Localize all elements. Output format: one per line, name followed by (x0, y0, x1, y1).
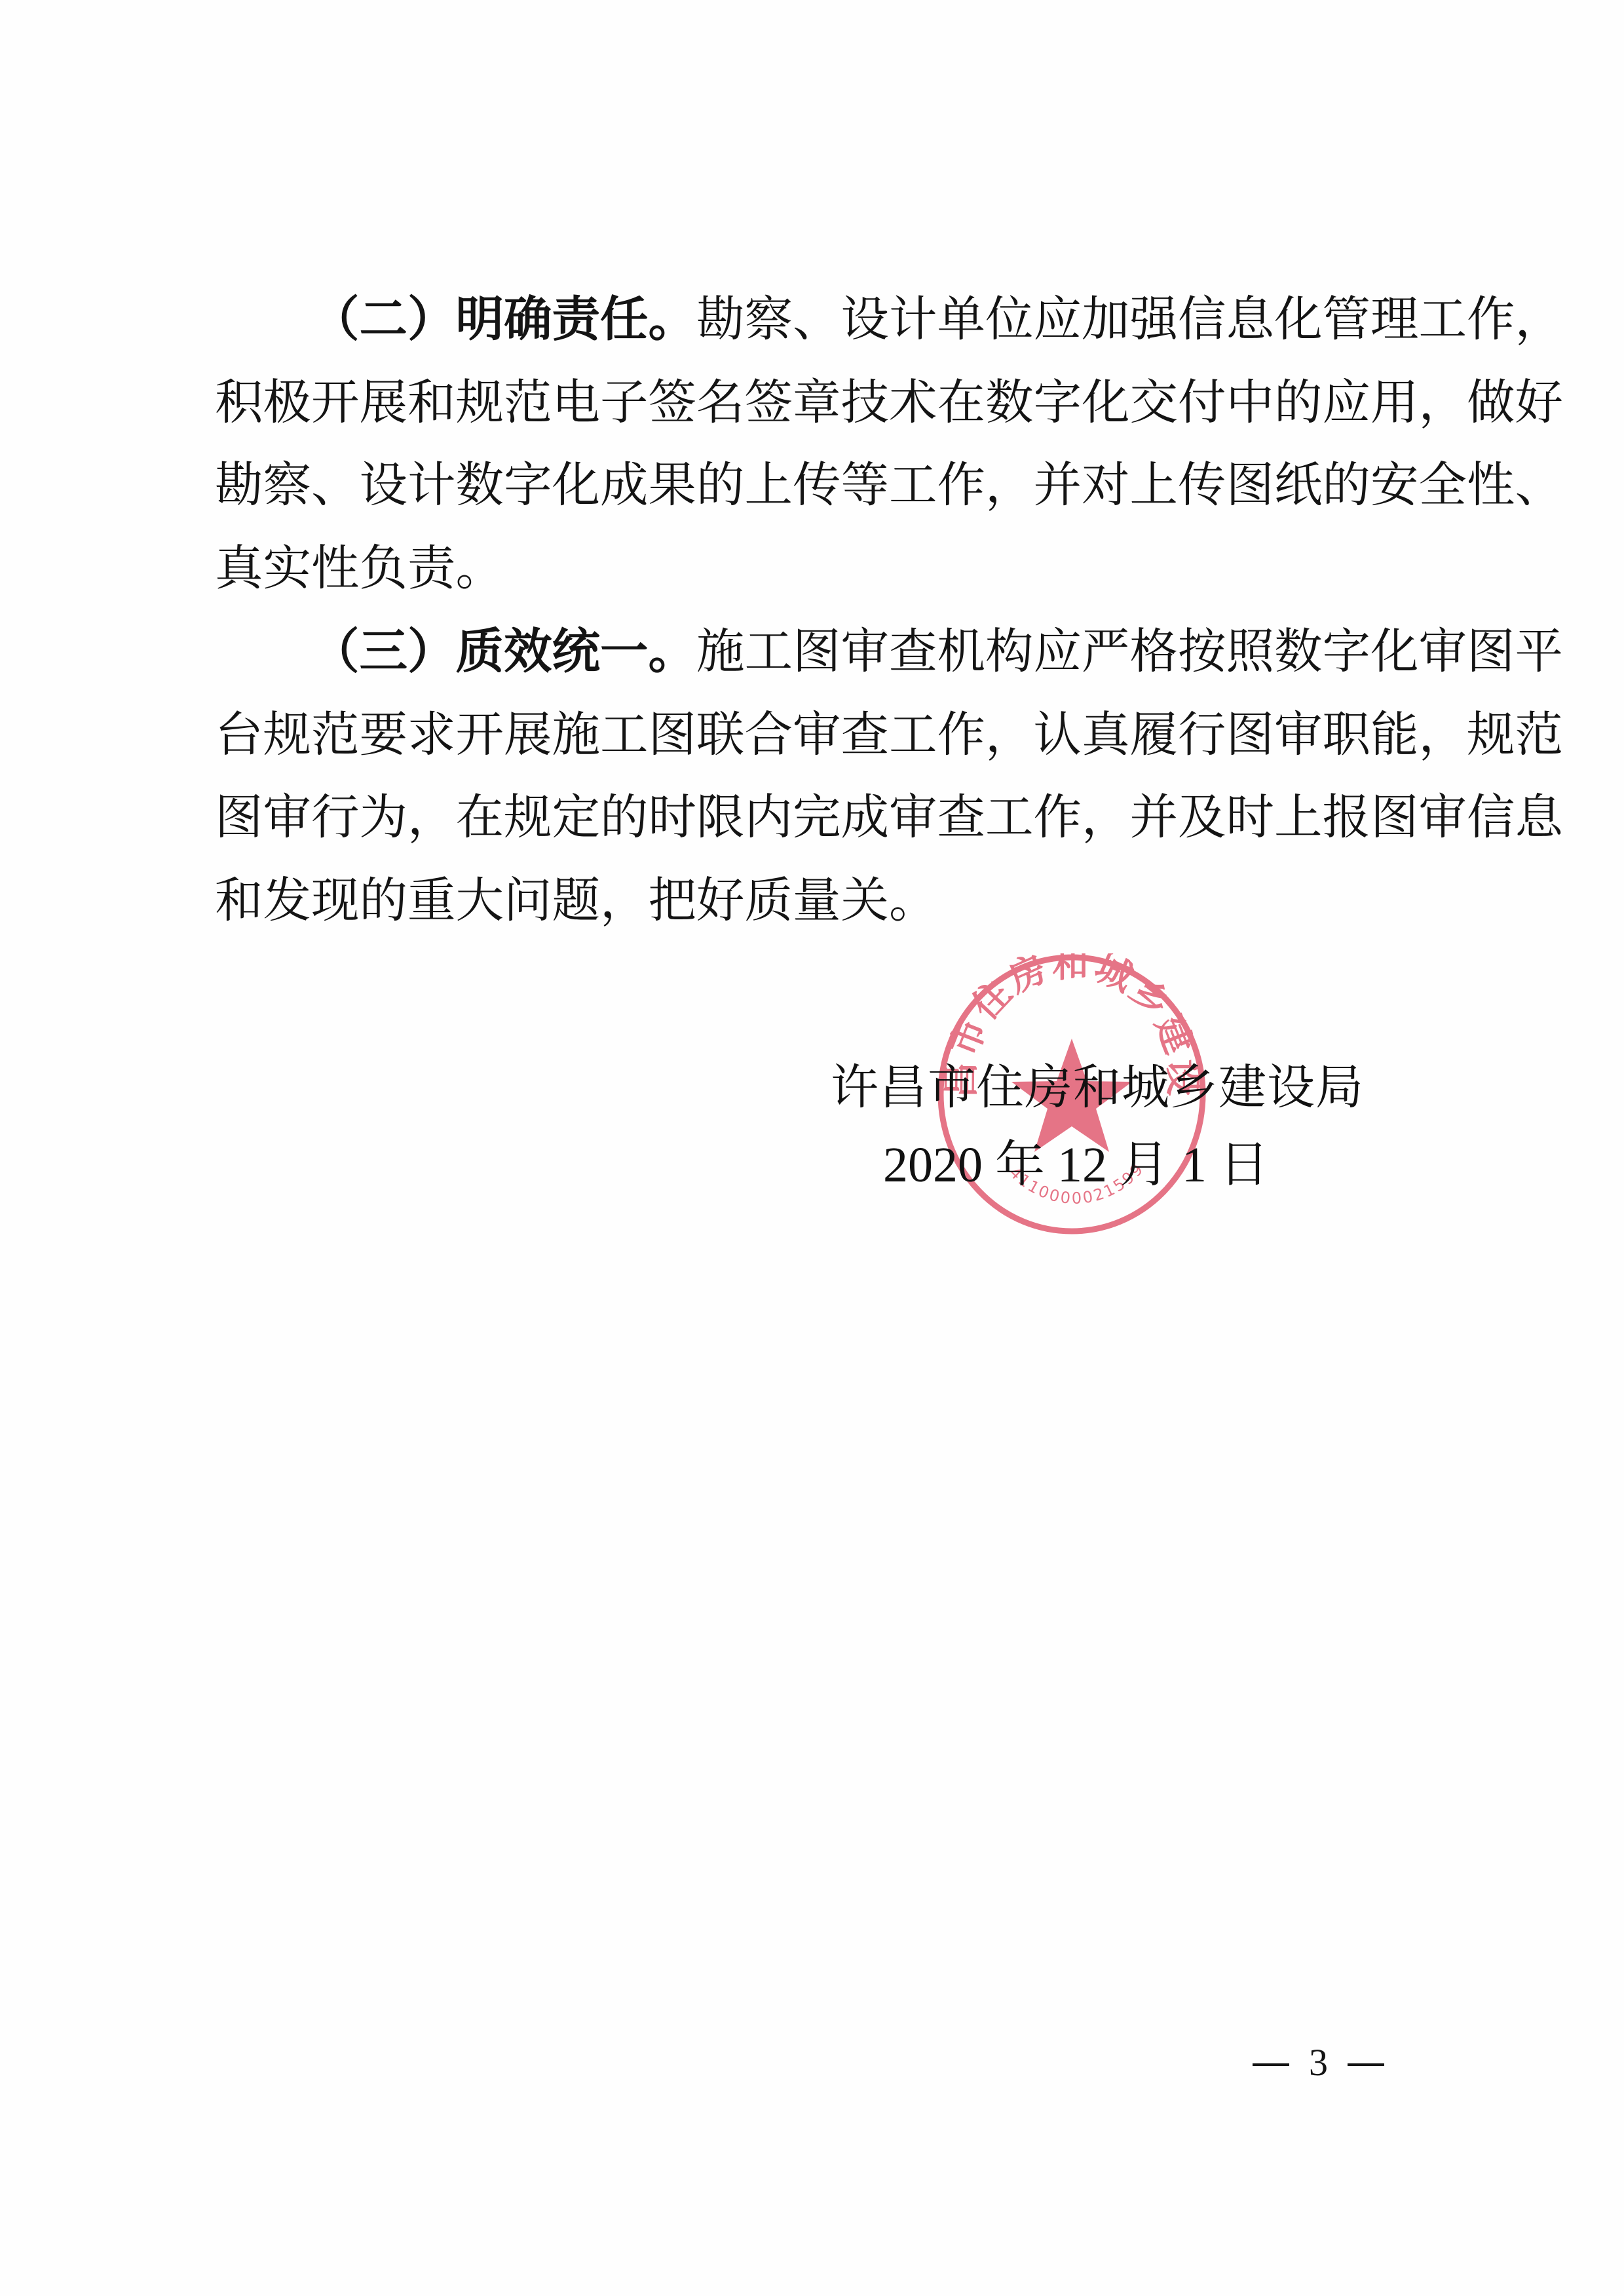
document-page: （二）明确责任。勘察、设计单位应加强信息化管理工作， 积极开展和规范电子签名签章… (0, 0, 1624, 2296)
paragraph-quality-efficiency: （三）质效统一。施工图审查机构应严格按照数字化审图平 台规范要求开展施工图联合审… (215, 611, 1420, 942)
issue-date: 2020 年 12 月 1 日 (883, 1132, 1269, 1198)
paragraph-line: （三）质效统一。施工图审查机构应严格按照数字化审图平 (215, 611, 1420, 694)
page-number-dash-right (1348, 2063, 1384, 2066)
paragraph-line: （二）明确责任。勘察、设计单位应加强信息化管理工作， (215, 278, 1420, 362)
paragraph-line: 积极开展和规范电子签名签章技术在数字化交付中的应用，做好 (215, 362, 1420, 445)
page-number-value: 3 (1309, 2037, 1328, 2089)
paragraph-line: 图审行为，在规定的时限内完成审查工作，并及时上报图审信息 (215, 776, 1420, 860)
paragraph-line: 和发现的重大问题，把好质量关。 (215, 860, 1420, 943)
issuer-signature: 许昌市住房和城乡建设局 (831, 1055, 1364, 1120)
paragraph-text: 勘察、设计单位应加强信息化管理工作， (696, 292, 1563, 347)
paragraph-line: 勘察、设计数字化成果的上传等工作，并对上传图纸的安全性、 (215, 444, 1420, 527)
paragraph-line: 真实性负责。 (215, 527, 1420, 611)
paragraph-heading: （二）明确责任。 (311, 292, 696, 347)
paragraph-heading: （三）质效统一。 (311, 624, 696, 679)
paragraph-line: 台规范要求开展施工图联合审查工作，认真履行图审职能，规范 (215, 694, 1420, 777)
page-number-dash-left (1253, 2063, 1289, 2066)
page-number: 3 (1253, 2037, 1384, 2089)
paragraph-clarify-responsibility: （二）明确责任。勘察、设计单位应加强信息化管理工作， 积极开展和规范电子签名签章… (215, 278, 1420, 610)
paragraph-text: 施工图审查机构应严格按照数字化审图平 (696, 624, 1563, 679)
